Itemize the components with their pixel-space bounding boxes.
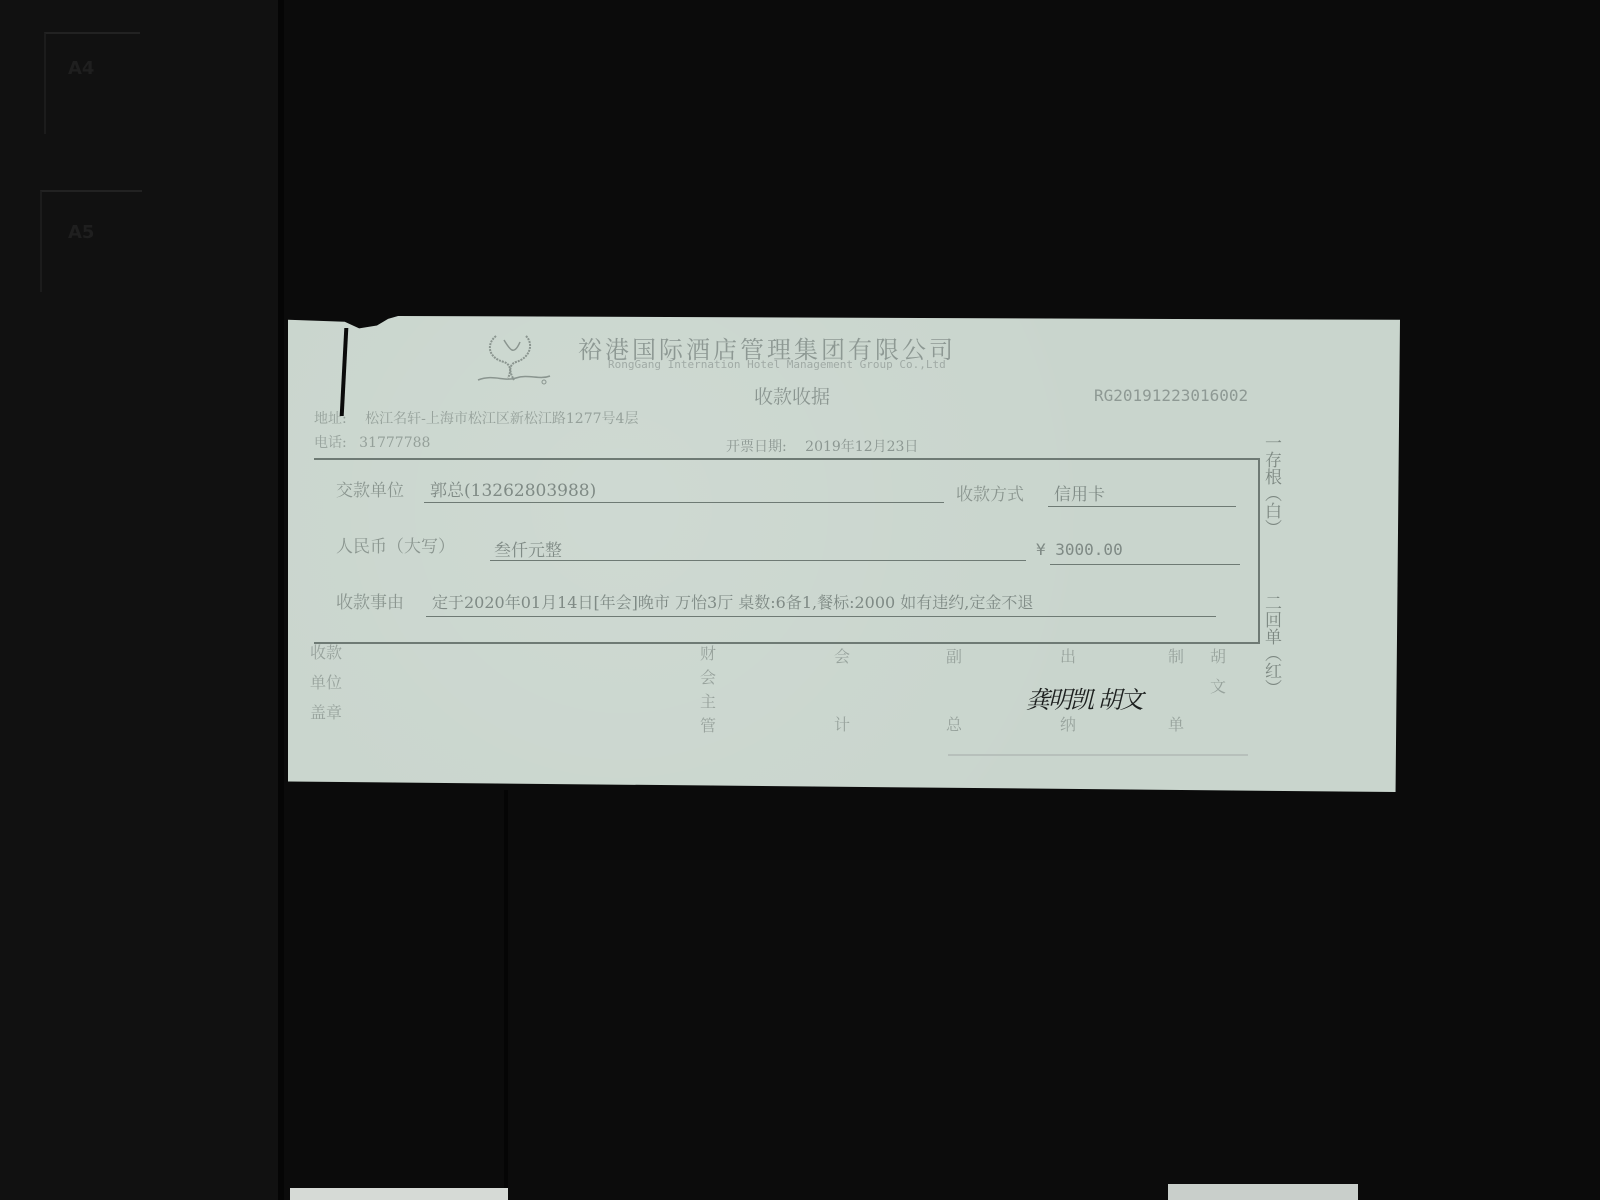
paper-size-guide-a4 bbox=[44, 32, 140, 134]
scanner-bed-left-panel: A4 A5 bbox=[0, 0, 278, 1200]
preparer-name: 胡 文 bbox=[1210, 642, 1226, 702]
amount-words-underline bbox=[490, 560, 1026, 561]
payer-label: 交款单位 bbox=[336, 476, 404, 501]
issue-date-label: 开票日期: bbox=[726, 439, 787, 455]
amount-words-value: 叁仟元整 bbox=[494, 536, 562, 561]
copy-label-stub: 一存根（白） bbox=[1260, 434, 1282, 536]
amount-figure-underline bbox=[1050, 564, 1240, 565]
payment-method-underline bbox=[1048, 506, 1236, 507]
scanner-bed-bottom-panel bbox=[510, 860, 1340, 1200]
deputy-general-label-bottom: 总 bbox=[946, 710, 962, 740]
scanner-seam bbox=[278, 0, 284, 1200]
paper-size-label-a4: A4 bbox=[68, 58, 94, 79]
copy-label-return: 二回单（红） bbox=[1260, 594, 1282, 696]
cashier-label-top: 出 bbox=[1060, 642, 1076, 672]
preparer-label-top: 制 bbox=[1168, 642, 1184, 672]
issue-date-line: 开票日期: 2019年12月23日 bbox=[726, 436, 918, 456]
amount-words-label: 人民币（大写） bbox=[336, 532, 455, 557]
payment-method-label: 收款方式 bbox=[956, 480, 1024, 505]
reason-underline bbox=[426, 616, 1216, 617]
phone-label: 电话: bbox=[314, 435, 347, 451]
accountant-label-top: 会 bbox=[834, 642, 850, 672]
receipt-paper: 裕港国际酒店管理集团有限公司 RongGang Internation Hote… bbox=[288, 316, 1400, 792]
payer-value: 郭总(13262803988) bbox=[430, 476, 596, 501]
phone-line: 电话: 31777788 bbox=[314, 432, 430, 452]
payer-underline bbox=[424, 502, 944, 503]
stamp-label: 收款 单位 盖章 bbox=[310, 638, 342, 728]
payment-method-value: 信用卡 bbox=[1054, 480, 1105, 505]
address-value: 松江名轩-上海市松江区新松江路1277号4层 bbox=[365, 411, 638, 427]
company-name-en: RongGang Internation Hotel Management Gr… bbox=[608, 358, 946, 371]
address-line: 地址: 松江名轩-上海市松江区新松江路1277号4层 bbox=[314, 408, 638, 428]
bottom-edge-right bbox=[1168, 1184, 1358, 1200]
preparer-label-bottom: 单 bbox=[1168, 710, 1184, 740]
deputy-general-label-top: 副 bbox=[946, 642, 962, 672]
bottom-edge-left bbox=[290, 1188, 508, 1200]
reason-value: 定于2020年01月14日[年会]晚市 万怡3厅 桌数:6备1,餐标:2000 … bbox=[432, 590, 1033, 613]
scanner-seam bbox=[504, 790, 508, 1200]
receipt-number: RG20191223016002 bbox=[1094, 386, 1248, 405]
receipt-form-box: 交款单位 郭总(13262803988) 收款方式 信用卡 人民币（大写） 叁仟… bbox=[314, 458, 1260, 644]
reason-label: 收款事由 bbox=[336, 588, 404, 613]
company-logo-icon bbox=[474, 330, 554, 386]
finance-supervisor-label: 财 会 主 管 bbox=[700, 642, 716, 738]
footer-faint-print bbox=[948, 754, 1248, 756]
handwritten-signature: 龚明凯 胡文 bbox=[1026, 680, 1142, 715]
accountant-label-bottom: 计 bbox=[834, 710, 850, 740]
amount-figure-value: ¥ 3000.00 bbox=[1036, 540, 1123, 559]
paper-size-label-a5: A5 bbox=[68, 222, 94, 243]
document-title: 收款收据 bbox=[754, 382, 830, 409]
issue-date-value: 2019年12月23日 bbox=[805, 439, 918, 455]
phone-value: 31777788 bbox=[359, 435, 430, 451]
